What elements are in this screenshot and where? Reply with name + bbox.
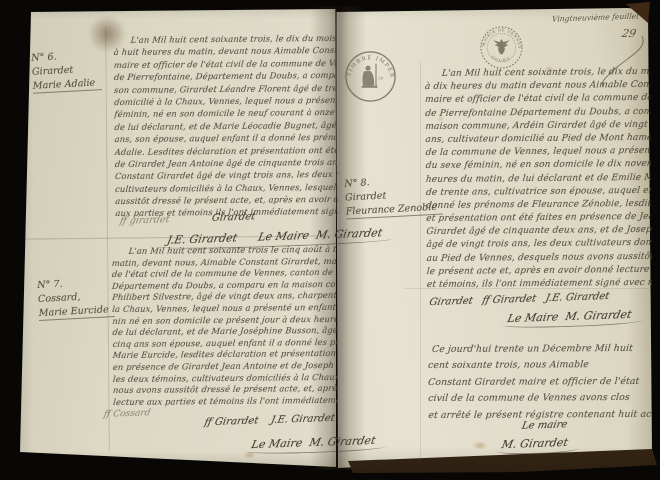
signature-father: Girardet — [211, 211, 257, 223]
margin-note-act-7: N° 7. Cossard, Marie Eurcide — [37, 275, 115, 321]
handwriting-line: Constant Girardet maire et officier de l… — [427, 374, 651, 392]
archival-register-photo: Vingtneuvième feuillet 29 TIMBRE IMPÉRIA… — [0, 0, 660, 480]
seated-figure-icon — [362, 64, 378, 88]
signature-father: ff Cossard — [103, 408, 152, 420]
timbre-imperial-stamp: TIMBRE IMPÉRIAL 1F. — [343, 49, 398, 104]
foxing-stain — [472, 441, 488, 450]
right-margin-rule — [420, 62, 421, 462]
act-6-text: L'an Mil huit cent soixante trois, le di… — [113, 32, 338, 220]
svg-text:DOUBS: DOUBS — [490, 54, 511, 63]
act-8-text: L'an Mil huit cent soixante trois, le di… — [424, 66, 652, 292]
mairie-eagle-stamp: MAIRIE DE VENNES DOUBS — [479, 25, 524, 70]
handwriting-line: lecture aux parties et témoins ils l'ont… — [113, 395, 338, 409]
eagle-stamp-bottom-text: DOUBS — [490, 54, 511, 63]
margin-note-act-6: N° 6. Girardet Marie Adalie — [31, 48, 102, 94]
stamp-value: 1F. — [378, 75, 384, 80]
closing-signature-title: Le maire — [521, 419, 569, 432]
closing-signature-name: M. Girardet — [500, 436, 569, 451]
closing-statement-text: Ce jourd'hui trente un Décembre Mil huit… — [427, 341, 651, 424]
handwriting-line: cent soixante trois, nous Aimable — [427, 357, 651, 375]
handwriting-line: Ce jourd'hui trente un Décembre Mil huit — [427, 341, 651, 359]
eagle-icon — [493, 39, 510, 54]
act-7-text: L'an Mil huit cent soixante trois le cin… — [111, 244, 338, 408]
handwriting-line: et témoins, ils l'ont immédiatement sign… — [426, 277, 652, 292]
signature-witness: ff girardet — [119, 214, 171, 227]
handwriting-line: civil de la commune de Vennes avons clos — [427, 390, 651, 408]
